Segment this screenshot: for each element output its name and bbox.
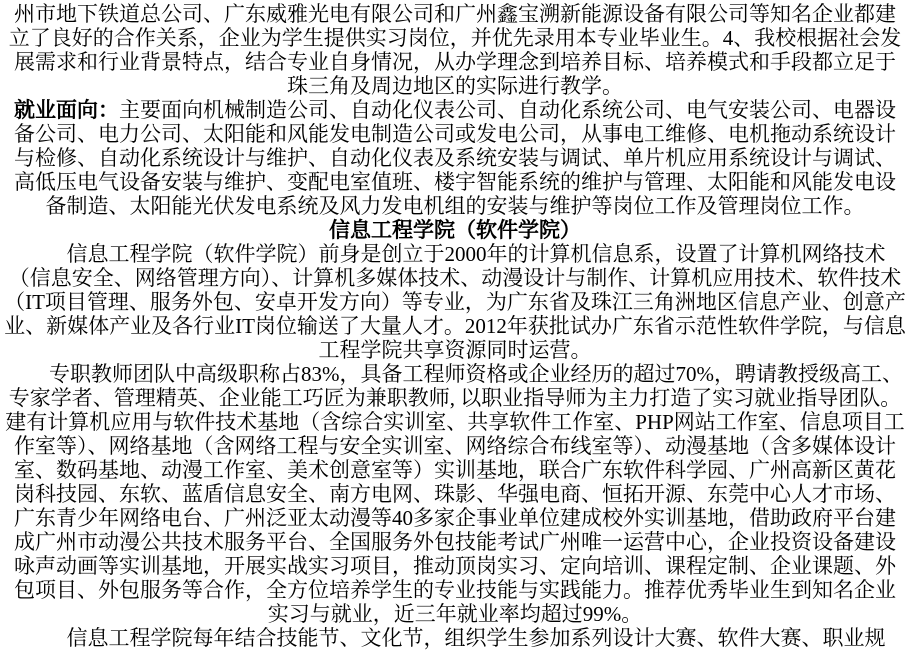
faculty-bases-paragraph: 专职教师团队中高级职称占83%，具备工程师资格或企业经历的超过70%，聘请教授级…	[4, 362, 906, 626]
activities-paragraph: 信息工程学院每年结合技能节、文化节，组织学生参加系列设计大赛、软件大赛、职业规	[4, 626, 906, 650]
employment-paragraph: 就业面向：主要面向机械制造公司、自动化仪表公司、自动化系统公司、电气安装公司、电…	[4, 98, 906, 218]
section-heading: 信息工程学院（软件学院）	[4, 218, 906, 242]
document-page: 州市地下铁道总公司、广东威雅光电有限公司和广州鑫宝溯新能源设备有限公司等知名企业…	[0, 0, 910, 672]
college-intro-paragraph: 信息工程学院（软件学院）前身是创立于2000年的计算机信息系，设置了计算机网络技…	[4, 242, 906, 362]
cooperation-paragraph: 州市地下铁道总公司、广东威雅光电有限公司和广州鑫宝溯新能源设备有限公司等知名企业…	[4, 2, 906, 98]
employment-label: 就业面向：	[14, 98, 119, 122]
employment-text: 主要面向机械制造公司、自动化仪表公司、自动化系统公司、电气安装公司、电器设备公司…	[14, 98, 896, 218]
